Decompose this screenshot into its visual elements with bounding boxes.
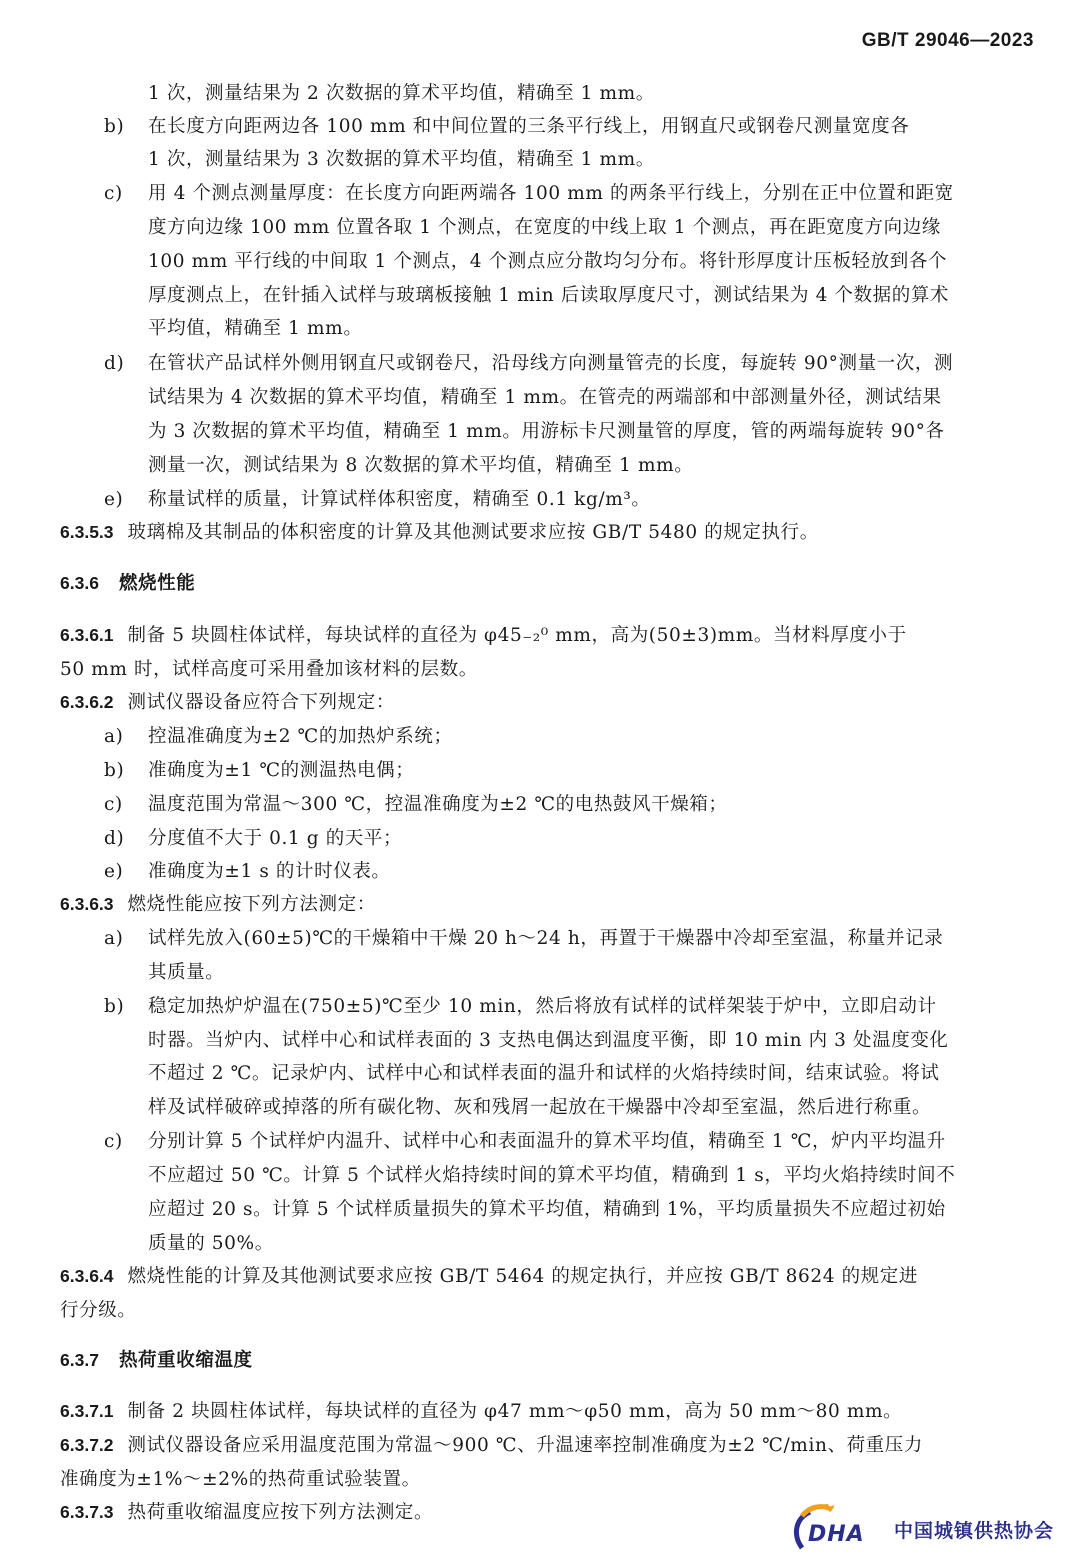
list-marker: b): [104, 116, 148, 137]
line-text: 在长度方向距两边各 100 mm 和中间位置的三条平行线上，用钢直尺或钢卷尺测量…: [148, 116, 909, 137]
clause-number: 6.3.6.2: [60, 692, 114, 712]
text-line: 平均值，精确至 1 mm。: [148, 314, 362, 340]
clause-number: 6.3.6.1: [60, 625, 114, 645]
line-text: 试结果为 4 次数据的算术平均值，精确至 1 mm。在管壳的两端部和中部测量外径…: [148, 387, 942, 408]
text-line: 样及试样破碎或掉落的所有碳化物、灰和残屑一起放在干燥器中冷却至室温，然后进行称重…: [148, 1093, 931, 1119]
line-text: 称量试样的质量，计算试样体积密度，精确至 0.1 kg/m³。: [148, 489, 651, 510]
list-item-line: d)分度值不大于 0.1 g 的天平；: [104, 824, 402, 850]
line-text: 热荷重收缩温度应按下列方法测定。: [128, 1502, 434, 1523]
clause-line: 6.3.6.1制备 5 块圆柱体试样，每块试样的直径为 φ45₋₂⁰ mm，高为…: [60, 621, 907, 647]
line-text: 分别计算 5 个试样炉内温升、试样中心和表面温升的算术平均值，精确至 1 ℃，炉…: [148, 1131, 946, 1152]
list-marker: e): [104, 489, 148, 510]
line-text: 控温准确度为±2 ℃的加热炉系统；: [148, 726, 453, 747]
line-text: 1 次，测量结果为 3 次数据的算术平均值，精确至 1 mm。: [148, 149, 655, 170]
line-text: 质量的 50%。: [148, 1233, 274, 1254]
list-marker: b): [104, 996, 148, 1017]
list-marker: a): [104, 726, 148, 747]
text-line: 厚度测点上，在针插入试样与玻璃板接触 1 min 后读取厚度尺寸，测试结果为 4…: [148, 281, 949, 307]
line-text: 度方向边缘 100 mm 位置各取 1 个测点，在宽度的中线上取 1 个测点，再…: [148, 217, 941, 238]
clause-number: 6.3.7.1: [60, 1401, 114, 1421]
line-text: 其质量。: [148, 962, 224, 983]
clause-number: 6.3.6.3: [60, 894, 114, 914]
section-heading: 6.3.6燃烧性能: [60, 569, 195, 595]
text-line: 1 次，测量结果为 2 次数据的算术平均值，精确至 1 mm。: [148, 79, 655, 105]
list-item-line: b)在长度方向距两边各 100 mm 和中间位置的三条平行线上，用钢直尺或钢卷尺…: [104, 112, 909, 138]
line-text: 行分级。: [60, 1300, 136, 1321]
list-item-line: a)试样先放入(60±5)℃的干燥箱中干燥 20 h～24 h，再置于干燥器中冷…: [104, 924, 943, 950]
text-line: 试结果为 4 次数据的算术平均值，精确至 1 mm。在管壳的两端部和中部测量外径…: [148, 383, 942, 409]
line-text: 应超过 20 s。计算 5 个试样质量损失的算术平均值，精确到 1%，平均质量损…: [148, 1199, 946, 1220]
line-text: 平均值，精确至 1 mm。: [148, 318, 362, 339]
list-item-line: c)用 4 个测点测量厚度：在长度方向距两端各 100 mm 的两条平行线上，分…: [104, 179, 954, 205]
list-item-line: b)准确度为±1 ℃的测温热电偶；: [104, 756, 414, 782]
line-text: 准确度为±1 ℃的测温热电偶；: [148, 760, 414, 781]
clause-line: 6.3.7.2测试仪器设备应采用温度范围为常温～900 ℃、升温速率控制准确度为…: [60, 1431, 923, 1457]
logo-abbr: DHA: [808, 1522, 865, 1547]
section-number: 6.3.7: [60, 1350, 99, 1370]
list-item-line: e)准确度为±1 s 的计时仪表。: [104, 857, 391, 883]
line-text: 1 次，测量结果为 2 次数据的算术平均值，精确至 1 mm。: [148, 83, 655, 104]
list-marker: e): [104, 861, 148, 882]
list-marker: d): [104, 353, 148, 374]
line-text: 50 mm 时，试样高度可采用叠加该材料的层数。: [60, 659, 478, 680]
clause-line: 6.3.5.3玻璃棉及其制品的体积密度的计算及其他测试要求应按 GB/T 548…: [60, 518, 819, 544]
list-item-line: c)分别计算 5 个试样炉内温升、试样中心和表面温升的算术平均值，精确至 1 ℃…: [104, 1127, 946, 1153]
list-item-line: e)称量试样的质量，计算试样体积密度，精确至 0.1 kg/m³。: [104, 485, 651, 511]
text-line: 1 次，测量结果为 3 次数据的算术平均值，精确至 1 mm。: [148, 145, 655, 171]
clause-number: 6.3.7.3: [60, 1502, 114, 1522]
section-title: 热荷重收缩温度: [119, 1349, 253, 1370]
line-text: 分度值不大于 0.1 g 的天平；: [148, 828, 402, 849]
line-text: 测量一次，测试结果为 8 次数据的算术平均值，精确至 1 mm。: [148, 455, 693, 476]
text-line: 度方向边缘 100 mm 位置各取 1 个测点，在宽度的中线上取 1 个测点，再…: [148, 213, 941, 239]
section-heading: 6.3.7热荷重收缩温度: [60, 1346, 253, 1372]
line-text: 用 4 个测点测量厚度：在长度方向距两端各 100 mm 的两条平行线上，分别在…: [148, 183, 954, 204]
line-text: 稳定加热炉炉温在(750±5)℃至少 10 min，然后将放有试样的试样架装于炉…: [148, 996, 937, 1017]
clause-line: 6.3.7.1制备 2 块圆柱体试样，每块试样的直径为 φ47 mm～φ50 m…: [60, 1397, 902, 1423]
clause-number: 6.3.5.3: [60, 522, 114, 542]
list-marker: c): [104, 794, 148, 815]
line-text: 样及试样破碎或掉落的所有碳化物、灰和残屑一起放在干燥器中冷却至室温，然后进行称重…: [148, 1097, 931, 1118]
line-text: 不应超过 50 ℃。计算 5 个试样火焰持续时间的算术平均值，精确到 1 s，平…: [148, 1165, 955, 1186]
text-line: 50 mm 时，试样高度可采用叠加该材料的层数。: [60, 655, 478, 681]
text-line: 不应超过 50 ℃。计算 5 个试样火焰持续时间的算术平均值，精确到 1 s，平…: [148, 1161, 955, 1187]
list-item-line: c)温度范围为常温～300 ℃，控温准确度为±2 ℃的电热鼓风干燥箱；: [104, 790, 728, 816]
clause-number: 6.3.7.2: [60, 1435, 114, 1455]
list-item-line: a)控温准确度为±2 ℃的加热炉系统；: [104, 722, 453, 748]
list-marker: c): [104, 183, 148, 204]
line-text: 不超过 2 ℃。记录炉内、试样中心和试样表面的温升和试样的火焰持续时间，结束试验…: [148, 1063, 940, 1084]
clause-line: 6.3.6.4燃烧性能的计算及其他测试要求应按 GB/T 5464 的规定执行，…: [60, 1262, 918, 1288]
line-text: 时器。当炉内、试样中心和试样表面的 3 支热电偶达到温度平衡，即 10 min …: [148, 1030, 949, 1051]
text-line: 行分级。: [60, 1296, 136, 1322]
list-marker: a): [104, 928, 148, 949]
text-line: 应超过 20 s。计算 5 个试样质量损失的算术平均值，精确到 1%，平均质量损…: [148, 1195, 946, 1221]
logo-mark: DHA: [788, 1504, 888, 1554]
line-text: 准确度为±1 s 的计时仪表。: [148, 861, 391, 882]
text-line: 为 3 次数据的算术平均值，精确至 1 mm。用游标卡尺测量管的厚度，管的两端每…: [148, 417, 945, 443]
logo-org-name: 中国城镇供热协会: [894, 1516, 1054, 1543]
list-item-line: d)在管状产品试样外侧用钢直尺或钢卷尺，沿母线方向测量管壳的长度，每旋转 90°…: [104, 349, 953, 375]
cdha-logo: DHA 中国城镇供热协会: [788, 1504, 1058, 1554]
standard-number-header: GB/T 29046—2023: [862, 30, 1034, 52]
line-text: 制备 2 块圆柱体试样，每块试样的直径为 φ47 mm～φ50 mm，高为 50…: [128, 1401, 903, 1422]
clause-number: 6.3.6.4: [60, 1266, 114, 1286]
line-text: 为 3 次数据的算术平均值，精确至 1 mm。用游标卡尺测量管的厚度，管的两端每…: [148, 421, 945, 442]
text-line: 时器。当炉内、试样中心和试样表面的 3 支热电偶达到温度平衡，即 10 min …: [148, 1026, 949, 1052]
line-text: 厚度测点上，在针插入试样与玻璃板接触 1 min 后读取厚度尺寸，测试结果为 4…: [148, 285, 949, 306]
line-text: 试样先放入(60±5)℃的干燥箱中干燥 20 h～24 h，再置于干燥器中冷却至…: [148, 928, 943, 949]
clause-line: 6.3.6.2测试仪器设备应符合下列规定：: [60, 688, 395, 714]
line-text: 燃烧性能应按下列方法测定：: [128, 894, 376, 915]
list-item-line: b)稳定加热炉炉温在(750±5)℃至少 10 min，然后将放有试样的试样架装…: [104, 992, 937, 1018]
line-text: 100 mm 平行线的中间取 1 个测点，4 个测点应分散均匀分布。将针形厚度计…: [148, 251, 947, 272]
text-line: 准确度为±1%～±2%的热荷重试验装置。: [60, 1465, 421, 1491]
line-text: 温度范围为常温～300 ℃，控温准确度为±2 ℃的电热鼓风干燥箱；: [148, 794, 728, 815]
section-number: 6.3.6: [60, 573, 99, 593]
text-line: 质量的 50%。: [148, 1229, 274, 1255]
line-text: 测试仪器设备应采用温度范围为常温～900 ℃、升温速率控制准确度为±2 ℃/mi…: [128, 1435, 923, 1456]
list-marker: c): [104, 1131, 148, 1152]
text-line: 其质量。: [148, 958, 224, 984]
line-text: 燃烧性能的计算及其他测试要求应按 GB/T 5464 的规定执行，并应按 GB/…: [128, 1266, 918, 1287]
text-line: 测量一次，测试结果为 8 次数据的算术平均值，精确至 1 mm。: [148, 451, 693, 477]
line-text: 在管状产品试样外侧用钢直尺或钢卷尺，沿母线方向测量管壳的长度，每旋转 90°测量…: [148, 353, 953, 374]
text-line: 100 mm 平行线的中间取 1 个测点，4 个测点应分散均匀分布。将针形厚度计…: [148, 247, 947, 273]
line-text: 准确度为±1%～±2%的热荷重试验装置。: [60, 1469, 421, 1490]
list-marker: d): [104, 828, 148, 849]
list-marker: b): [104, 760, 148, 781]
line-text: 测试仪器设备应符合下列规定：: [128, 692, 395, 713]
section-title: 燃烧性能: [119, 572, 195, 593]
line-text: 玻璃棉及其制品的体积密度的计算及其他测试要求应按 GB/T 5480 的规定执行…: [128, 522, 819, 543]
clause-line: 6.3.7.3热荷重收缩温度应按下列方法测定。: [60, 1498, 433, 1524]
clause-line: 6.3.6.3燃烧性能应按下列方法测定：: [60, 890, 376, 916]
line-text: 制备 5 块圆柱体试样，每块试样的直径为 φ45₋₂⁰ mm，高为(50±3)m…: [128, 625, 907, 646]
text-line: 不超过 2 ℃。记录炉内、试样中心和试样表面的温升和试样的火焰持续时间，结束试验…: [148, 1059, 940, 1085]
